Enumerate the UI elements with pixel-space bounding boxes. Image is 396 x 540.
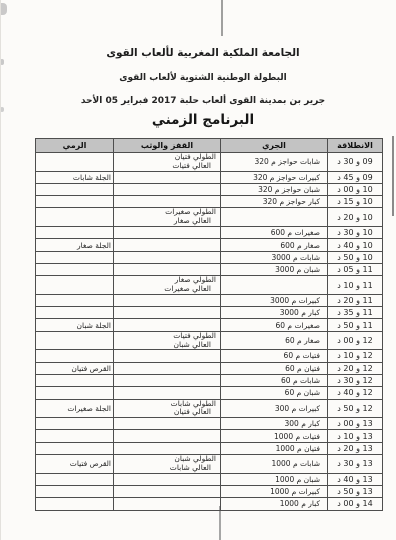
run-event-cell: 320 م ‎حواجز ‎كبيرات [221, 171, 328, 183]
scan-edge-artifact-right [392, 136, 394, 216]
jump-event-cell [114, 498, 221, 510]
run-event-cell [221, 208, 328, 227]
start-time-cell: 13 و 40 د [328, 473, 383, 485]
schedule-row: الجلة صغار600 م ‎صغار10 و 40 د [36, 239, 383, 251]
jump-event-cell [114, 319, 221, 331]
start-time-cell: 10 و 20 د [328, 208, 383, 227]
start-time-cell: 13 و 00 د [328, 418, 383, 430]
jump-column-header: القفز والوثب [114, 139, 221, 153]
run-event-cell: 320 م ‎حواجز ‎كبار [221, 196, 328, 208]
start-time-cell: 14 و 00 د [328, 498, 383, 510]
run-column-header: الجري [221, 139, 328, 153]
run-event-cell: 1000 م ‎شابات [221, 455, 328, 474]
date-venue-line: الأحد ‎05 ‎فبراير ‎2017 ‎حلبة ‎ألعاب ‎ال… [12, 96, 394, 106]
run-event-cell: 60 م ‎شابات [221, 374, 328, 386]
schedule-row: 3000 م ‎كبيرات11 و 20 د [36, 294, 383, 306]
start-time-cell: 10 و 40 د [328, 239, 383, 251]
schedule-row: الجلة صغيراتالطولي شاباتالعالي فتيان300 … [36, 399, 383, 418]
run-event-cell: 1000 م ‎شبان [221, 473, 328, 485]
throw-event-cell: الجلة شبان [36, 319, 114, 331]
schedule-row: الطولي فتياتالعالي شبان60 م ‎صغار12 و 00… [36, 331, 383, 350]
schedule-row: 1000 م ‎فتيان13 و 20 د [36, 442, 383, 454]
schedule-title: البرنامج الزمني [12, 112, 394, 128]
jump-event-cell [114, 473, 221, 485]
jump-event-cell [114, 350, 221, 362]
throw-event-cell [36, 196, 114, 208]
start-time-cell: 13 و 50 د [328, 485, 383, 497]
start-time-cell: 11 و 05 د [328, 263, 383, 275]
throw-event-cell [36, 294, 114, 306]
jump-event-cell [114, 294, 221, 306]
start-time-cell: 10 و 30 د [328, 227, 383, 239]
throw-event-cell: القرص فتيات [36, 455, 114, 474]
schedule-row: 1000 م ‎شبان13 و 40 د [36, 473, 383, 485]
start-time-cell: 13 و 10 د [328, 430, 383, 442]
schedule-row: 1000 م ‎كبار14 و 00 د [36, 498, 383, 510]
start-time-cell: 11 و 35 د [328, 307, 383, 319]
start-time-cell: 09 و 30 د [328, 153, 383, 172]
start-time-cell: 12 و 30 د [328, 374, 383, 386]
jump-event-cell: الطولي صغارالعالي صغيرات [114, 276, 221, 295]
run-event-cell: 300 م ‎كبار [221, 418, 328, 430]
jump-event-cell [114, 239, 221, 251]
run-event-cell: 300 م ‎كبيرات [221, 399, 328, 418]
jump-event-cell [114, 430, 221, 442]
throw-event-cell: القرص فتيان [36, 362, 114, 374]
throw-event-cell [36, 387, 114, 399]
throw-event-cell [36, 498, 114, 510]
jump-event-cell: الطولي صغيراتالعالي صغار [114, 208, 221, 227]
throw-event-cell [36, 374, 114, 386]
schedule-table-body: الطولي فتيانالعالي فتيات320 م ‎حواجز ‎شا… [36, 153, 383, 511]
federation-title: الجامعة الملكية المغربية لألعاب القوى [12, 47, 394, 59]
run-event-cell: 60 م ‎صغار [221, 331, 328, 350]
jump-event-cell [114, 263, 221, 275]
schedule-row: القرص فتيان60 م ‎فتيان12 و 20 د [36, 362, 383, 374]
schedule-row: 60 م ‎شبان12 و 40 د [36, 387, 383, 399]
start-time-cell: 12 و 20 د [328, 362, 383, 374]
run-event-cell: 600 م ‎صغار [221, 239, 328, 251]
start-time-cell: 12 و 10 د [328, 350, 383, 362]
start-time-cell: 13 و 30 د [328, 455, 383, 474]
run-event-cell: 320 م ‎حواجز ‎شبان [221, 183, 328, 195]
throw-event-cell [36, 251, 114, 263]
schedule-row: الطولي صغيراتالعالي صغار10 و 20 د [36, 208, 383, 227]
throw-event-cell: الجلة شابات [36, 171, 114, 183]
run-event-cell [221, 276, 328, 295]
throw-event-cell [36, 263, 114, 275]
schedule-header-row: الرمي القفز والوثب الجري الانطلاقة [36, 139, 383, 153]
throw-event-cell [36, 183, 114, 195]
scanned-document-page: الجامعة الملكية المغربية لألعاب القوى ال… [0, 0, 396, 540]
jump-event-cell [114, 251, 221, 263]
throw-event-cell [36, 350, 114, 362]
jump-event-cell [114, 442, 221, 454]
throw-event-cell: الجلة صغار [36, 239, 114, 251]
jump-event-cell [114, 227, 221, 239]
scan-edge-left [0, 0, 1, 540]
run-event-cell: 60 م ‎فتيان [221, 362, 328, 374]
run-event-cell: 320 م ‎حواجز ‎شابات [221, 153, 328, 172]
scan-fold-line-top [221, 0, 223, 36]
run-event-cell: 3000 م ‎كبيرات [221, 294, 328, 306]
schedule-row: 320 م ‎حواجز ‎شبان10 و 00 د [36, 183, 383, 195]
run-event-cell: 60 م ‎فتيات [221, 350, 328, 362]
jump-event-cell: الطولي شبانالعالي شابات [114, 455, 221, 474]
start-time-cell: 13 و 20 د [328, 442, 383, 454]
jump-event-cell [114, 485, 221, 497]
run-event-cell: 600 م ‎صغيرات [221, 227, 328, 239]
jump-event-cell: الطولي فتياتالعالي شبان [114, 331, 221, 350]
start-time-cell: 11 و 20 د [328, 294, 383, 306]
jump-event-cell [114, 418, 221, 430]
schedule-row: 3000 م ‎شبان11 و 05 د [36, 263, 383, 275]
schedule-row: 320 م ‎حواجز ‎كبار10 و 15 د [36, 196, 383, 208]
start-time-cell: 10 و 15 د [328, 196, 383, 208]
schedule-row: 60 م ‎شابات12 و 30 د [36, 374, 383, 386]
jump-event-cell [114, 171, 221, 183]
throw-event-cell [36, 442, 114, 454]
throw-event-cell [36, 418, 114, 430]
schedule-row: 300 م ‎كبار13 و 00 د [36, 418, 383, 430]
run-event-cell: 3000 م ‎شابات [221, 251, 328, 263]
start-time-cell: 10 و 00 د [328, 183, 383, 195]
scan-corner-smudge [0, 3, 7, 15]
schedule-row: الجلة شابات320 م ‎حواجز ‎كبيرات09 و 45 د [36, 171, 383, 183]
throw-event-cell [36, 276, 114, 295]
start-time-cell: 11 و 50 د [328, 319, 383, 331]
throw-event-cell [36, 485, 114, 497]
throw-event-cell [36, 153, 114, 172]
jump-event-cell [114, 307, 221, 319]
jump-event-cell [114, 362, 221, 374]
throw-column-header: الرمي [36, 139, 114, 153]
schedule-row: 3000 م ‎شابات10 و 50 د [36, 251, 383, 263]
start-time-cell: 09 و 45 د [328, 171, 383, 183]
schedule-row: الطولي فتيانالعالي فتيات320 م ‎حواجز ‎شا… [36, 153, 383, 172]
start-time-cell: 12 و 00 د [328, 331, 383, 350]
throw-event-cell [36, 227, 114, 239]
jump-event-cell [114, 196, 221, 208]
time-column-header: الانطلاقة [328, 139, 383, 153]
run-event-cell: 60 م ‎شبان [221, 387, 328, 399]
throw-event-cell: الجلة صغيرات [36, 399, 114, 418]
run-event-cell: 3000 م ‎كبار [221, 307, 328, 319]
run-event-cell: 1000 م ‎كبيرات [221, 485, 328, 497]
throw-event-cell [36, 430, 114, 442]
start-time-cell: 12 و 50 د [328, 399, 383, 418]
throw-event-cell [36, 208, 114, 227]
schedule-row: 1000 م ‎فتيات13 و 10 د [36, 430, 383, 442]
run-event-cell: 1000 م ‎فتيات [221, 430, 328, 442]
championship-title: البطولة الوطنية الشتوية لألعاب القوى [12, 73, 394, 83]
throw-event-cell [36, 473, 114, 485]
schedule-row: الطولي صغارالعالي صغيرات11 و 10 د [36, 276, 383, 295]
run-event-cell: 1000 م ‎فتيان [221, 442, 328, 454]
start-time-cell: 10 و 50 د [328, 251, 383, 263]
schedule-row: 3000 م ‎كبار11 و 35 د [36, 307, 383, 319]
throw-event-cell [36, 331, 114, 350]
schedule-row: 60 م ‎فتيات12 و 10 د [36, 350, 383, 362]
jump-event-cell: الطولي فتيانالعالي فتيات [114, 153, 221, 172]
scan-fold-line-bottom [219, 506, 221, 540]
run-event-cell: 60 م ‎صغيرات [221, 319, 328, 331]
start-time-cell: 12 و 40 د [328, 387, 383, 399]
schedule-row: الجلة شبان60 م ‎صغيرات11 و 50 د [36, 319, 383, 331]
schedule-table: الرمي القفز والوثب الجري الانطلاقة الطول… [35, 138, 383, 511]
schedule-row: القرص فتياتالطولي شبانالعالي شابات1000 م… [36, 455, 383, 474]
jump-event-cell: الطولي شاباتالعالي فتيان [114, 399, 221, 418]
jump-event-cell [114, 183, 221, 195]
jump-event-cell [114, 387, 221, 399]
schedule-row: 600 م ‎صغيرات10 و 30 د [36, 227, 383, 239]
start-time-cell: 11 و 10 د [328, 276, 383, 295]
throw-event-cell [36, 307, 114, 319]
jump-event-cell [114, 374, 221, 386]
run-event-cell: 1000 م ‎كبار [221, 498, 328, 510]
run-event-cell: 3000 م ‎شبان [221, 263, 328, 275]
schedule-row: 1000 م ‎كبيرات13 و 50 د [36, 485, 383, 497]
